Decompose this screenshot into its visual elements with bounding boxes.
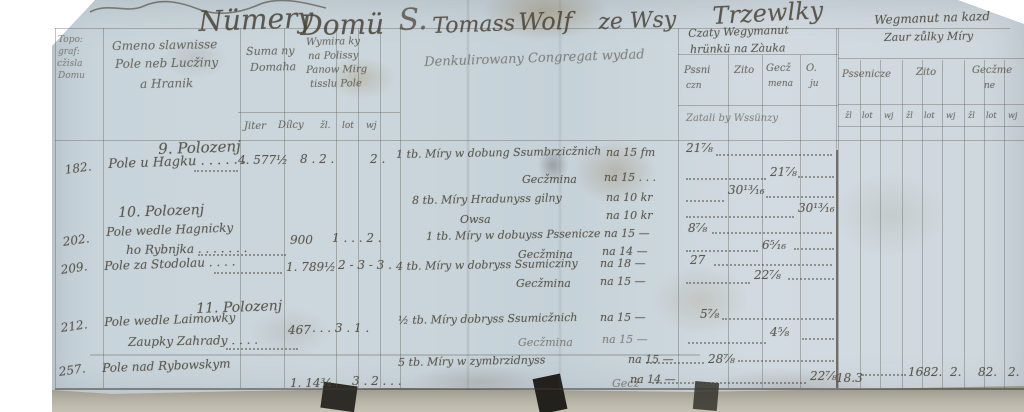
rule <box>942 60 943 388</box>
total-value: 1682. <box>908 366 942 378</box>
title-mark: S. <box>398 5 428 36</box>
manuscript-scan: Nümery Domü S. Tomass Wolf ze Wsy Trzewl… <box>0 0 1024 412</box>
subcolumn-label: O. <box>806 64 817 74</box>
column-header-wymira: Wymira ky <box>306 37 360 48</box>
unit-label: žl <box>968 112 975 120</box>
desc-line: Gecžmina <box>522 174 577 185</box>
column-header-wymira: na Polissy <box>308 51 358 62</box>
total-value: 2. <box>950 366 961 378</box>
desc-line: 1 tb. Míry w dobung Ssumbrzicžnich <box>396 145 601 160</box>
rule <box>400 28 401 388</box>
rate-value: na 18 — <box>600 258 646 269</box>
desc-line: Owsa <box>460 214 491 225</box>
measure-value: 2 - 3 - 3 . <box>338 259 392 271</box>
rule <box>838 126 1024 127</box>
dotted-leader <box>798 176 834 178</box>
amount-value: 30¹³⁄₁₆ <box>728 184 765 196</box>
rate-value: na 14 — <box>602 246 648 257</box>
dotted-leader <box>688 342 766 344</box>
column-header-name: Gmeno slawnisse <box>112 38 217 52</box>
row-number: 202. <box>62 232 90 248</box>
rule <box>103 28 104 388</box>
dotted-leader <box>766 196 834 198</box>
title-word: Wolf <box>518 9 572 34</box>
rule <box>838 28 839 388</box>
row-number: 257. <box>58 362 86 378</box>
unit-label: lot <box>924 112 935 120</box>
dotted-leader <box>686 200 724 202</box>
subcolumn-label: Zito <box>734 66 754 76</box>
unit-label: wj <box>366 122 377 131</box>
rate-value: na 15 — <box>600 312 646 323</box>
desc-line: Gecžmina <box>518 337 573 348</box>
block-header-czaty: hrünkü na Zàuka <box>690 42 786 55</box>
unit-label: lot <box>986 112 997 120</box>
dotted-leader <box>714 264 832 266</box>
unit-label: žl <box>845 112 852 120</box>
measure-value: 3 . 2 . . . <box>352 375 402 387</box>
total-value: 2. <box>1008 366 1019 378</box>
column-header-suma: Suma ny <box>246 45 295 57</box>
subcolumn-label: Gecž <box>766 64 791 74</box>
amount-value: 8⅞ <box>688 222 707 234</box>
rate-value: na 15 — <box>600 276 646 287</box>
subcolumn-label: ne <box>984 82 995 91</box>
amount-value: 5⅞ <box>700 308 719 320</box>
subcolumn-label: mena <box>768 80 793 89</box>
column-header-suma: Domaha <box>250 61 296 73</box>
field-name: Zaupky Zahrady . . . . <box>128 334 258 348</box>
area-value: 467 <box>288 324 311 336</box>
column-header-topo: cžisla <box>57 60 83 69</box>
unit-label: Dílcy <box>278 121 304 131</box>
unit-label: žl. <box>320 122 330 131</box>
total-value: 18.3 <box>836 372 863 384</box>
amount-value: 27 <box>690 254 705 266</box>
column-header-topo: graf: <box>58 48 80 57</box>
block-note: Zatali by Wssünzy <box>686 114 778 124</box>
dotted-leader <box>794 248 834 250</box>
unit-label: wj <box>1008 112 1017 120</box>
amount-value: 28⅞ <box>708 353 735 365</box>
rule <box>380 28 381 388</box>
amount-value: 4⅝ <box>770 326 789 338</box>
measure-value: . . . 3 . 1 . <box>312 322 369 334</box>
column-header-wymira: tisslu Pole <box>310 79 362 90</box>
desc-line: 1 tb. Míry w dobuyss Pssenicze <box>426 228 601 242</box>
fold-crease <box>836 28 837 150</box>
amount-value: 21⅞ <box>770 166 797 178</box>
amount-value: 21⅞ <box>686 142 713 154</box>
unit-label: lot <box>342 122 354 131</box>
row-number: 209. <box>60 260 88 276</box>
desc-line: ½ tb. Míry dobryss Ssumicžnich <box>398 312 578 326</box>
dotted-leader <box>788 278 834 280</box>
desc-line: 4 tb. Míry w dobryss Ssumicziny <box>396 258 578 272</box>
subcolumn-label: Pssenicze <box>842 70 891 80</box>
dotted-leader <box>686 178 766 180</box>
dotted-leader <box>226 348 298 350</box>
rule <box>964 60 965 388</box>
rate-value: na 10 kr <box>606 210 653 221</box>
column-header-wymira: Panow Mirg <box>306 65 367 76</box>
dotted-leader <box>686 250 758 252</box>
rate-value: na 15 . . . <box>604 172 656 183</box>
dotted-leader <box>712 232 832 234</box>
dotted-leader <box>722 318 834 320</box>
block-header-czaty: Czaty Wegymanut <box>688 24 789 39</box>
dotted-leader <box>802 338 834 340</box>
measure-value: 2 . <box>370 153 385 165</box>
subcolumn-label: czn <box>686 82 702 91</box>
tear-mark <box>693 381 719 411</box>
unit-label: Jiter <box>244 122 266 132</box>
rule <box>880 60 881 388</box>
rate-value: na 14 — <box>630 374 676 385</box>
column-header-topo: Domu <box>58 72 85 81</box>
dotted-leader <box>194 170 238 172</box>
rule <box>984 60 985 388</box>
area-value: 1. 14¾ <box>290 377 332 389</box>
rule <box>55 28 56 388</box>
rule <box>55 388 1024 390</box>
desc-line: Gecžmina <box>516 278 571 289</box>
rate-value: na 15 — <box>602 334 648 345</box>
measure-value: 8 . 2 . <box>300 153 334 165</box>
rate-value: na 15 fm <box>606 147 655 158</box>
title-word: Nümery <box>198 4 314 36</box>
column-header-name: Pole neb Lucžiny <box>115 56 218 70</box>
subcolumn-label: Pssni <box>684 66 710 76</box>
dotted-leader <box>862 374 906 376</box>
subcolumn-label: Zito <box>916 68 936 78</box>
rule <box>902 60 903 388</box>
unit-label: žl <box>906 112 913 120</box>
subcolumn-label: Gecžme <box>972 66 1012 76</box>
rule <box>678 105 838 106</box>
amount-value: 6⁵⁄₁₆ <box>762 239 786 251</box>
section-heading: 10. Polozenj <box>118 203 204 220</box>
dotted-leader <box>738 360 834 362</box>
row-number: 212. <box>60 318 88 334</box>
area-value: 1. 789½ <box>286 261 336 273</box>
block-header-wegmanut: Zaur zůlky Míry <box>884 30 973 43</box>
desc-line: 5 tb. Míry w zymbrzidnyss <box>398 354 545 368</box>
rule <box>678 28 679 388</box>
title-word: ze Wsy <box>598 9 677 34</box>
subcolumn-label: ju <box>810 80 819 89</box>
rule <box>838 104 1024 105</box>
amount-value: 22⅞ <box>754 269 781 281</box>
horizontal-crease <box>90 354 700 356</box>
column-header-topo: Topo: <box>58 36 83 45</box>
title-word: Tomass <box>432 13 515 38</box>
row-number: 182. <box>64 160 92 176</box>
rule <box>860 60 861 388</box>
area-value: 4. 577½ <box>238 154 288 166</box>
desc-line: 8 tb. Míry Hradunyss gilny <box>412 192 562 206</box>
unit-label: wj <box>884 112 893 120</box>
rate-value: na 15 — <box>628 354 674 365</box>
rule <box>238 112 400 113</box>
unit-label: wj <box>946 112 955 120</box>
dotted-leader <box>686 282 750 284</box>
rule <box>922 60 923 388</box>
amount-value: 30¹³⁄₁₆ <box>798 202 835 214</box>
column-header-name: a Hranik <box>140 77 193 90</box>
dotted-leader <box>214 272 282 274</box>
area-value: 900 <box>290 234 313 246</box>
rate-value: na 15 — <box>604 228 650 239</box>
rule <box>838 58 1024 59</box>
total-value: 82. <box>978 366 997 378</box>
rate-value: na 10 kr <box>606 192 653 203</box>
measure-value: 1 . . . 2 . <box>332 232 382 244</box>
unit-label: lot <box>862 112 873 120</box>
dotted-leader <box>686 216 794 218</box>
rule <box>284 28 285 388</box>
amount-value: 22⅞ <box>810 370 837 382</box>
rule <box>1004 60 1005 388</box>
dotted-leader <box>716 154 832 156</box>
